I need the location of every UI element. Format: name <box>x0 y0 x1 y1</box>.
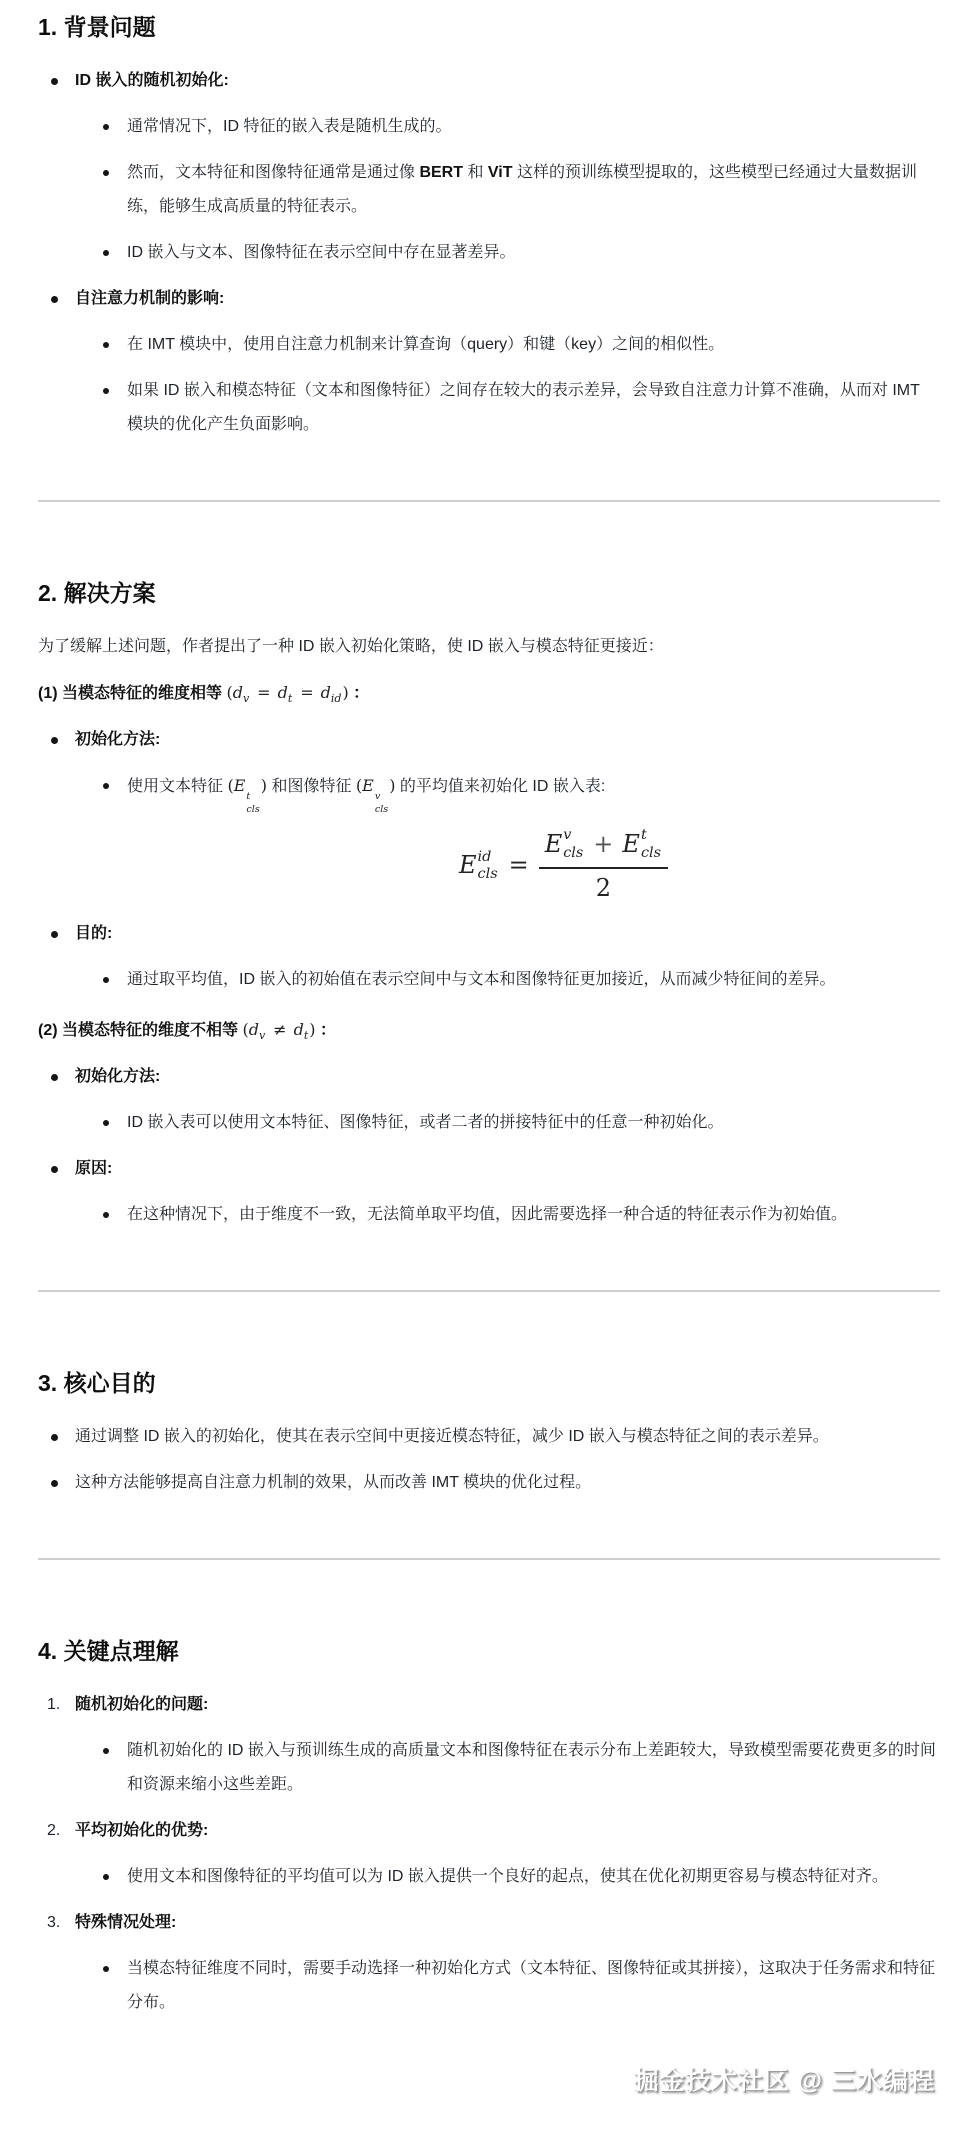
list-item: 在这种情况下，由于维度不一致，无法简单取平均值，因此需要选择一种合适的特征表示作… <box>127 1198 940 1232</box>
ordinal-number: 1. <box>47 1688 60 1722</box>
list-item: 自注意力机制的影响: 在 IMT 模块中，使用自注意力机制来计算查询（query… <box>75 282 940 442</box>
list-item: 2. 平均初始化的优势: 使用文本和图像特征的平均值可以为 ID 嵌入提供一个良… <box>75 1814 940 1894</box>
list-item: 如果 ID 嵌入和模态特征（文本和图像特征）之间存在较大的表示差异，会导致自注意… <box>127 374 940 442</box>
section-1-list: ID 嵌入的随机初始化: 通常情况下，ID 特征的嵌入表是随机生成的。 然而，文… <box>38 64 940 442</box>
bullet-title: 目的: <box>75 925 112 942</box>
list-item: 使用文本和图像特征的平均值可以为 ID 嵌入提供一个良好的起点，使其在优化初期更… <box>127 1860 940 1894</box>
inline-math-dims-unequal: (dv≠dt) <box>242 1020 315 1039</box>
list-item: 初始化方法: 使用文本特征 (Etcls) 和图像特征 (Evcls) 的平均值… <box>75 723 940 903</box>
section-divider <box>38 1558 940 1560</box>
bullet-text: 使用文本特征 (Etcls) 和图像特征 (Evcls) 的平均值来初始化 ID… <box>127 778 605 795</box>
sub-list: 通常情况下，ID 特征的嵌入表是随机生成的。 然而，文本特征和图像特征通常是通过… <box>75 110 940 270</box>
inline-math-text-feature: (Etcls) <box>227 776 267 795</box>
bullet-text: 在这种情况下，由于维度不一致，无法简单取平均值，因此需要选择一种合适的特征表示作… <box>127 1206 847 1223</box>
case2-condition: (2) 当模态特征的维度不相等 (dv≠dt) ： <box>38 1013 940 1048</box>
list-item: 通过取平均值，ID 嵌入的初始值在表示空间中与文本和图像特征更加接近，从而减少特… <box>127 963 940 997</box>
bullet-title: 初始化方法: <box>75 731 160 748</box>
case1-list: 初始化方法: 使用文本特征 (Etcls) 和图像特征 (Evcls) 的平均值… <box>38 723 940 997</box>
sub-list: 使用文本和图像特征的平均值可以为 ID 嵌入提供一个良好的起点，使其在优化初期更… <box>75 1860 940 1894</box>
bullet-text: 通过取平均值，ID 嵌入的初始值在表示空间中与文本和图像特征更加接近，从而减少特… <box>127 971 835 988</box>
fraction: Evcls+Etcls 2 <box>539 828 668 903</box>
section-divider <box>38 1290 940 1292</box>
bullet-text: 在 IMT 模块中，使用自注意力机制来计算查询（query）和键（key）之间的… <box>127 336 724 353</box>
list-item: 在 IMT 模块中，使用自注意力机制来计算查询（query）和键（key）之间的… <box>127 328 940 362</box>
section-solution: 2. 解决方案 为了缓解上述问题，作者提出了一种 ID 嵌入初始化策略，使 ID… <box>38 576 940 1232</box>
list-item: ID 嵌入的随机初始化: 通常情况下，ID 特征的嵌入表是随机生成的。 然而，文… <box>75 64 940 270</box>
list-item: 1. 随机初始化的问题: 随机初始化的 ID 嵌入与预训练生成的高质量文本和图像… <box>75 1688 940 1802</box>
list-item: ID 嵌入与文本、图像特征在表示空间中存在显著差异。 <box>127 236 940 270</box>
list-item: 当模态特征维度不同时，需要手动选择一种初始化方式（文本特征、图像特征或其拼接），… <box>127 1952 940 2020</box>
list-item: 初始化方法: ID 嵌入表可以使用文本特征、图像特征，或者二者的拼接特征中的任意… <box>75 1060 940 1140</box>
bullet-text: 使用文本和图像特征的平均值可以为 ID 嵌入提供一个良好的起点，使其在优化初期更… <box>127 1868 888 1885</box>
bullet-text: ID 嵌入表可以使用文本特征、图像特征，或者二者的拼接特征中的任意一种初始化。 <box>127 1114 723 1131</box>
bullet-title: 特殊情况处理: <box>75 1914 176 1931</box>
list-item: 然而，文本特征和图像特征通常是通过像 BERT 和 ViT 这样的预训练模型提取… <box>127 156 940 224</box>
section-3-list: 通过调整 ID 嵌入的初始化，使其在表示空间中更接近模态特征，减少 ID 嵌入与… <box>38 1420 940 1500</box>
list-item: 通过调整 ID 嵌入的初始化，使其在表示空间中更接近模态特征，减少 ID 嵌入与… <box>75 1420 940 1454</box>
bullet-text: 如果 ID 嵌入和模态特征（文本和图像特征）之间存在较大的表示差异，会导致自注意… <box>127 382 920 433</box>
bullet-title: 平均初始化的优势: <box>75 1822 208 1839</box>
section-2-heading: 2. 解决方案 <box>38 576 940 610</box>
sub-list: 在这种情况下，由于维度不一致，无法简单取平均值，因此需要选择一种合适的特征表示作… <box>75 1198 940 1232</box>
watermark: 掘金技术社区 @ 三水编程 <box>634 2064 935 2098</box>
sub-list: 通过取平均值，ID 嵌入的初始值在表示空间中与文本和图像特征更加接近，从而减少特… <box>75 963 940 997</box>
case2-list: 初始化方法: ID 嵌入表可以使用文本特征、图像特征，或者二者的拼接特征中的任意… <box>38 1060 940 1232</box>
list-item: 3. 特殊情况处理: 当模态特征维度不同时，需要手动选择一种初始化方式（文本特征… <box>75 1906 940 2020</box>
bullet-text: ID 嵌入与文本、图像特征在表示空间中存在显著差异。 <box>127 244 515 261</box>
intro-paragraph: 为了缓解上述问题，作者提出了一种 ID 嵌入初始化策略，使 ID 嵌入与模态特征… <box>38 630 940 664</box>
list-item: 目的: 通过取平均值，ID 嵌入的初始值在表示空间中与文本和图像特征更加接近，从… <box>75 917 940 997</box>
list-item: 原因: 在这种情况下，由于维度不一致，无法简单取平均值，因此需要选择一种合适的特… <box>75 1152 940 1232</box>
list-item: 通常情况下，ID 特征的嵌入表是随机生成的。 <box>127 110 940 144</box>
bullet-text: 当模态特征维度不同时，需要手动选择一种初始化方式（文本特征、图像特征或其拼接），… <box>127 1960 935 2011</box>
article-content: 1. 背景问题 ID 嵌入的随机初始化: 通常情况下，ID 特征的嵌入表是随机生… <box>0 0 961 2020</box>
bold-term-vit: ViT <box>488 164 513 181</box>
case1-condition: (1) 当模态特征的维度相等 (dv=dt=did) ： <box>38 676 940 711</box>
bullet-text: 然而，文本特征和图像特征通常是通过像 BERT 和 ViT 这样的预训练模型提取… <box>127 164 917 215</box>
bullet-title: 自注意力机制的影响: <box>75 290 224 307</box>
section-3-heading: 3. 核心目的 <box>38 1366 940 1400</box>
list-item: 使用文本特征 (Etcls) 和图像特征 (Evcls) 的平均值来初始化 ID… <box>127 769 940 903</box>
bold-term-bert: BERT <box>419 164 463 181</box>
bullet-title: ID 嵌入的随机初始化: <box>75 72 229 89</box>
sub-list: 当模态特征维度不同时，需要手动选择一种初始化方式（文本特征、图像特征或其拼接），… <box>75 1952 940 2020</box>
sub-list: 使用文本特征 (Etcls) 和图像特征 (Evcls) 的平均值来初始化 ID… <box>75 769 940 903</box>
sub-list: ID 嵌入表可以使用文本特征、图像特征，或者二者的拼接特征中的任意一种初始化。 <box>75 1106 940 1140</box>
formula-id-embedding-average: Eidcls = Evcls+Etcls 2 <box>187 828 940 903</box>
sub-list: 随机初始化的 ID 嵌入与预训练生成的高质量文本和图像特征在表示分布上差距较大，… <box>75 1734 940 1802</box>
section-background-problem: 1. 背景问题 ID 嵌入的随机初始化: 通常情况下，ID 特征的嵌入表是随机生… <box>38 10 940 442</box>
section-4-heading: 4. 关键点理解 <box>38 1634 940 1668</box>
section-4-ordered-list: 1. 随机初始化的问题: 随机初始化的 ID 嵌入与预训练生成的高质量文本和图像… <box>38 1688 940 2020</box>
bullet-text: 通常情况下，ID 特征的嵌入表是随机生成的。 <box>127 118 451 135</box>
bullet-text: 通过调整 ID 嵌入的初始化，使其在表示空间中更接近模态特征，减少 ID 嵌入与… <box>75 1428 829 1445</box>
section-core-purpose: 3. 核心目的 通过调整 ID 嵌入的初始化，使其在表示空间中更接近模态特征，减… <box>38 1366 940 1500</box>
inline-math-dims-equal: (dv=dt=did) <box>226 683 348 702</box>
bullet-text: 这种方法能够提高自注意力机制的效果，从而改善 IMT 模块的优化过程。 <box>75 1474 591 1491</box>
bullet-title: 随机初始化的问题: <box>75 1696 208 1713</box>
section-1-heading: 1. 背景问题 <box>38 10 940 44</box>
inline-math-image-feature: (Evcls) <box>356 776 396 795</box>
section-divider <box>38 500 940 502</box>
bullet-text: 随机初始化的 ID 嵌入与预训练生成的高质量文本和图像特征在表示分布上差距较大，… <box>127 1742 936 1793</box>
list-item: 这种方法能够提高自注意力机制的效果，从而改善 IMT 模块的优化过程。 <box>75 1466 940 1500</box>
section-key-points: 4. 关键点理解 1. 随机初始化的问题: 随机初始化的 ID 嵌入与预训练生成… <box>38 1634 940 2020</box>
list-item: 随机初始化的 ID 嵌入与预训练生成的高质量文本和图像特征在表示分布上差距较大，… <box>127 1734 940 1802</box>
ordinal-number: 2. <box>47 1814 60 1848</box>
list-item: ID 嵌入表可以使用文本特征、图像特征，或者二者的拼接特征中的任意一种初始化。 <box>127 1106 940 1140</box>
bullet-title: 原因: <box>75 1160 112 1177</box>
sub-list: 在 IMT 模块中，使用自注意力机制来计算查询（query）和键（key）之间的… <box>75 328 940 442</box>
bullet-title: 初始化方法: <box>75 1068 160 1085</box>
ordinal-number: 3. <box>47 1906 60 1940</box>
